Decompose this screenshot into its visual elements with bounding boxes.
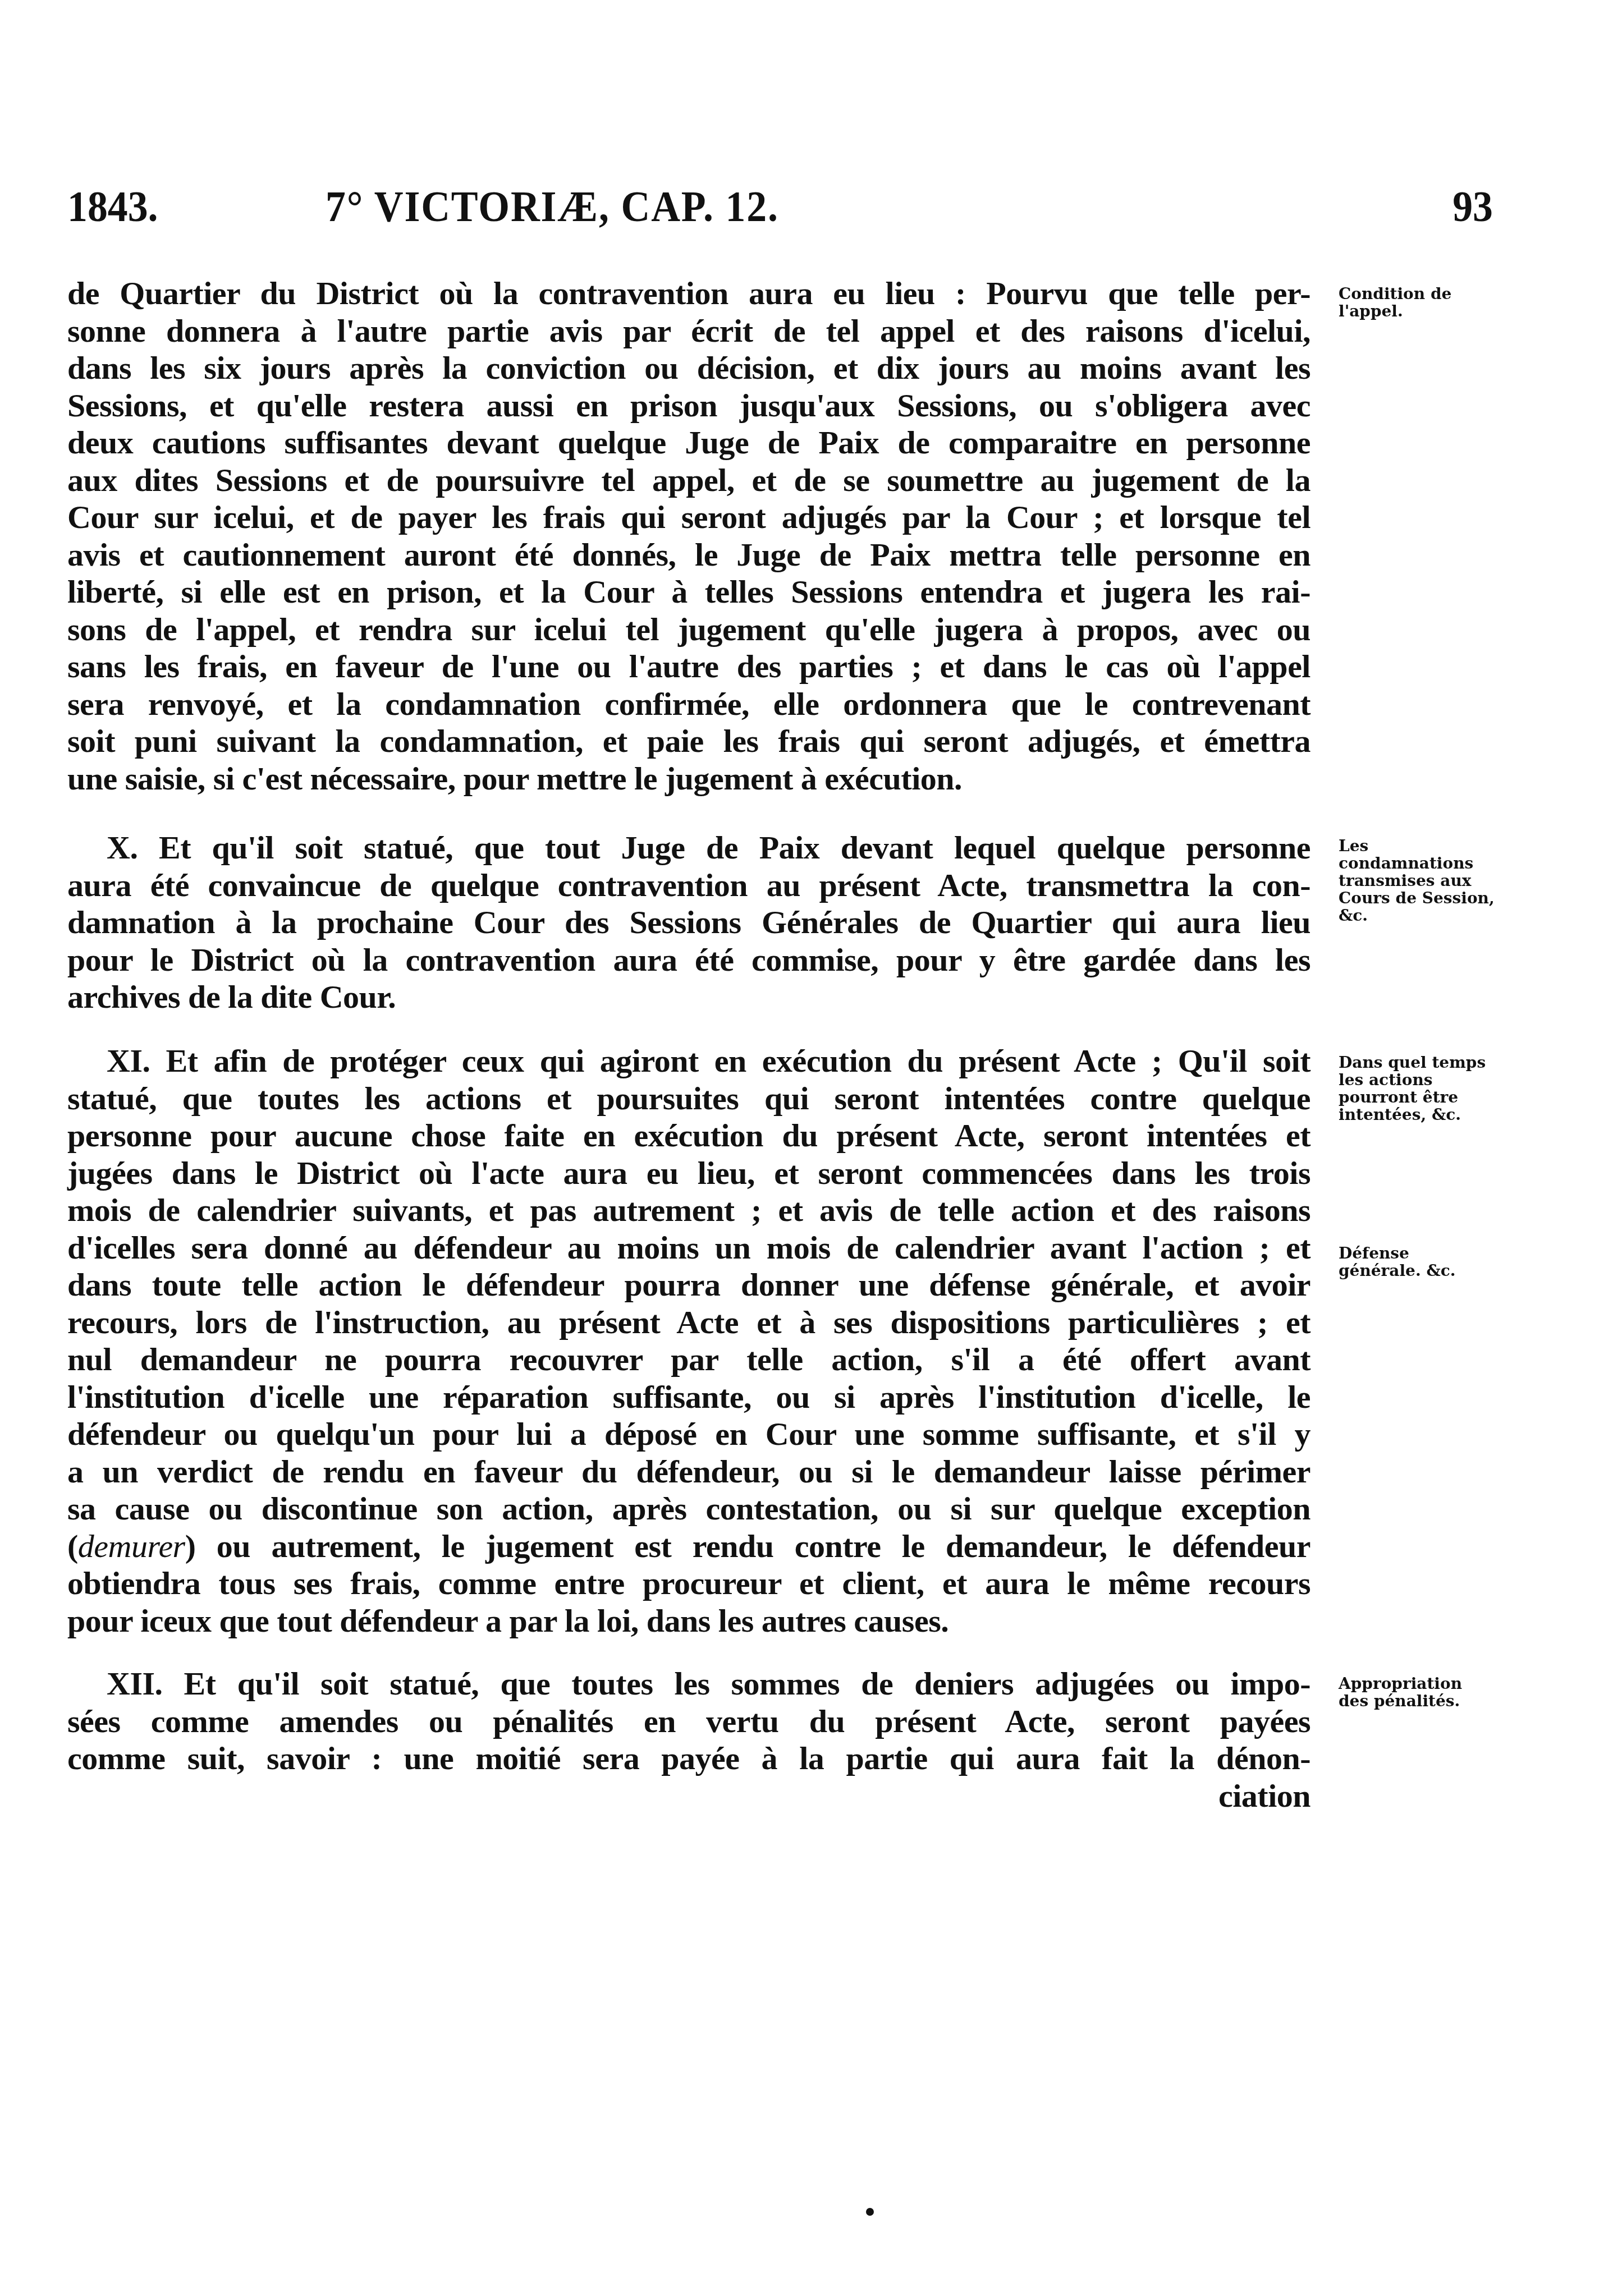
text-line: pour le District où la contravention aur…: [67, 942, 1310, 979]
paragraph-section-xii: XII. Et qu'il soit statué, que toutes le…: [67, 1665, 1310, 1815]
text-line: dans toute telle action le défendeur pou…: [67, 1266, 1310, 1304]
text-line: mois de calendrier suivants, et pas autr…: [67, 1192, 1310, 1229]
text-line: une saisie, si c'est nécessaire, pour me…: [67, 760, 1310, 798]
margin-note: Condition de l'appel.: [1339, 285, 1496, 320]
text-line: défendeur ou quelqu'un pour lui a déposé…: [67, 1416, 1310, 1453]
italic-term: demurer: [78, 1528, 185, 1564]
text-line: pour iceux que tout défendeur a par la l…: [67, 1602, 1310, 1640]
text-line: obtiendra tous ses frais, comme entre pr…: [67, 1565, 1310, 1602]
text-line: d'icelles sera donné au défendeur au moi…: [67, 1229, 1310, 1267]
text-line: soit puni suivant la condamnation, et pa…: [67, 723, 1310, 760]
text-line: sées comme amendes ou pénalités en vertu…: [67, 1703, 1310, 1741]
text-line: sera renvoyé, et la condamnation confirm…: [67, 686, 1310, 723]
text-line: sans les frais, en faveur de l'une ou l'…: [67, 648, 1310, 686]
text-line: archives de la dite Cour.: [67, 979, 1310, 1016]
text-line: Cour sur icelui, et de payer les frais q…: [67, 499, 1310, 536]
margin-note: Dans quel temps les actions pourront êtr…: [1339, 1054, 1496, 1123]
text-line: statué, que toutes les actions et poursu…: [67, 1080, 1310, 1118]
page-number: 93: [1452, 178, 1493, 235]
paragraph-section-x: X. Et qu'il soit statué, que tout Juge d…: [67, 829, 1310, 1016]
text-line: Sessions, et qu'elle restera aussi en pr…: [67, 387, 1310, 425]
text-line: de Quartier du District où la contravent…: [67, 275, 1310, 313]
margin-note: Appropriation des pénalités.: [1339, 1675, 1496, 1710]
text-line: XII. Et qu'il soit statué, que toutes le…: [67, 1665, 1310, 1703]
text-line: liberté, si elle est en prison, et la Co…: [67, 573, 1310, 611]
ink-speck: [866, 2208, 874, 2216]
text-line: (demurer) ou autrement, le jugement est …: [67, 1528, 1310, 1565]
header-title: 7° VICTORIÆ, CAP. 12.: [326, 178, 779, 235]
text-line: sa cause ou discontinue son action, aprè…: [67, 1490, 1310, 1528]
header-year: 1843.: [67, 178, 158, 235]
text-line: aura été convaincue de quelque contraven…: [67, 867, 1310, 904]
text-line: damnation à la prochaine Cour des Sessio…: [67, 904, 1310, 942]
text-line: deux cautions suffisantes devant quelque…: [67, 424, 1310, 462]
text-line: aux dites Sessions et de poursuivre tel …: [67, 462, 1310, 499]
text-line: personne pour aucune chose faite en exéc…: [67, 1117, 1310, 1155]
text-line: XI. Et afin de protéger ceux qui agiront…: [67, 1043, 1310, 1080]
text-line: comme suit, savoir : une moitié sera pay…: [67, 1740, 1310, 1778]
paragraph-continuation: de Quartier du District où la contravent…: [67, 275, 1310, 797]
margin-note: Les condamnations transmises aux Cours d…: [1339, 837, 1496, 924]
catchword: ciation: [67, 1778, 1310, 1815]
margin-note: Défense générale. &c.: [1339, 1245, 1496, 1279]
text-line: l'institution d'icelle une réparation su…: [67, 1379, 1310, 1416]
running-header: 1843. 7° VICTORIÆ, CAP. 12. 93: [67, 178, 1493, 235]
text-line: X. Et qu'il soit statué, que tout Juge d…: [67, 829, 1310, 867]
text-line: avis et cautionnement auront été donnés,…: [67, 536, 1310, 574]
text-line: a un verdict de rendu en faveur du défen…: [67, 1453, 1310, 1491]
text-line: sons de l'appel, et rendra sur icelui te…: [67, 611, 1310, 649]
text-line: jugées dans le District où l'acte aura e…: [67, 1155, 1310, 1192]
text-line: sonne donnera à l'autre partie avis par …: [67, 313, 1310, 350]
text-line: dans les six jours après la conviction o…: [67, 350, 1310, 387]
text-line: nul demandeur ne pourra recouvrer par te…: [67, 1341, 1310, 1379]
paragraph-section-xi: XI. Et afin de protéger ceux qui agiront…: [67, 1043, 1310, 1640]
text-line: recours, lors de l'instruction, au prése…: [67, 1304, 1310, 1342]
